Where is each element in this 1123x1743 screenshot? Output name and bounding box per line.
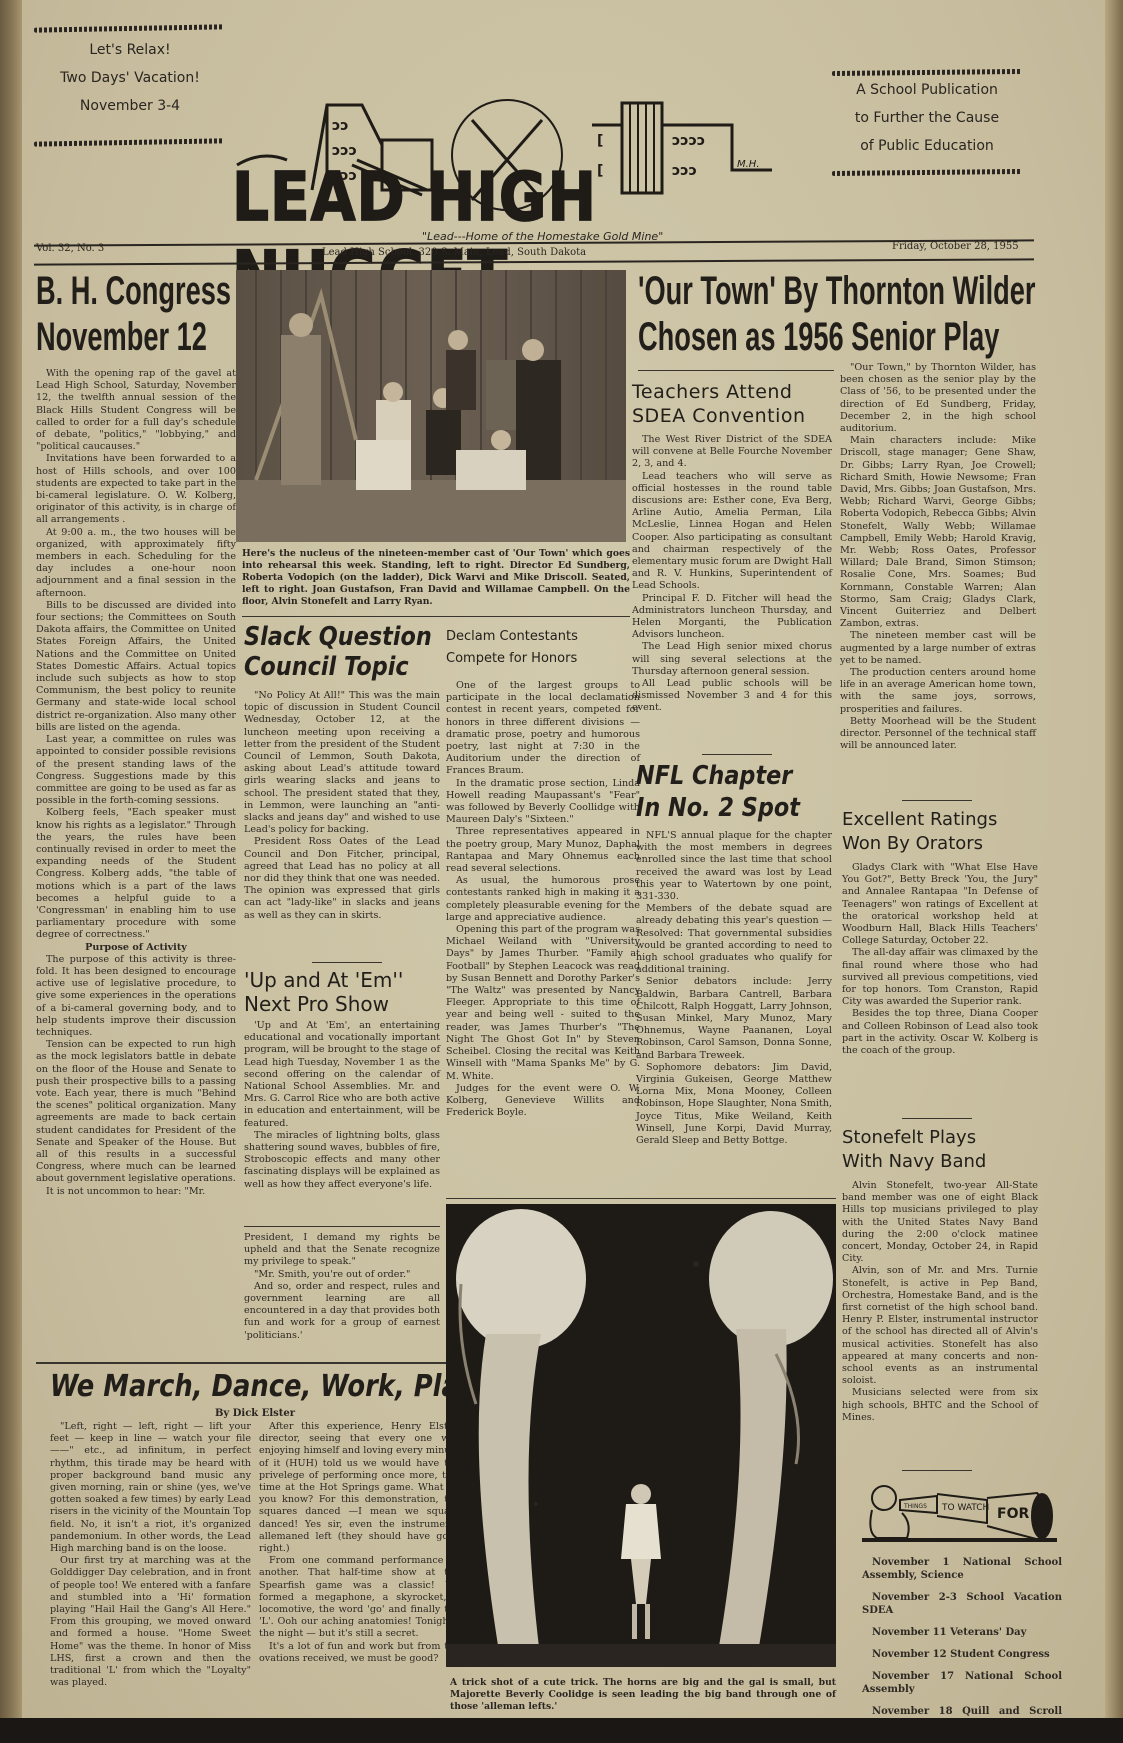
paragraph: Bills to be discussed are divided into f…: [36, 600, 236, 734]
nfl-body: NFL'S annual plaque for the chapter with…: [636, 830, 832, 1147]
paragraph: It's a lot of fun and work but from the …: [259, 1641, 460, 1665]
paragraph: One of the largest groups to participate…: [446, 680, 640, 778]
svg-text:ɔɔɔ: ɔɔɔ: [332, 143, 357, 159]
headline-declam-line1: Declam Contestants: [446, 626, 640, 648]
paragraph: Gladys Clark with "What Else Have You Go…: [842, 862, 1038, 947]
event-item: November 12 Student Congress: [862, 1648, 1062, 1661]
paragraph: The production centers around home life …: [840, 667, 1036, 716]
paragraph: Opening this part of the program was Mic…: [446, 924, 640, 1083]
paragraph: The all-day affair was climaxed by the f…: [842, 947, 1038, 1008]
paragraph: Betty Moorhead will be the Student direc…: [840, 716, 1036, 753]
headline-orators-line2: Won By Orators: [842, 832, 1038, 856]
headline-stonefelt-line1: Stonefelt Plays: [842, 1126, 1038, 1150]
paragraph: "Mr. Smith, you're out of order.": [244, 1269, 440, 1281]
cartoon-word: THINGS: [903, 1503, 927, 1510]
paragraph: Judges for the event were O. W. Kolberg,…: [446, 1083, 640, 1120]
cast-photo-caption: Here's the nucleus of the nineteen-membe…: [242, 548, 630, 608]
cartoon-word: FOR: [997, 1506, 1029, 1522]
paragraph: From one command performance to another.…: [259, 1555, 460, 1640]
svg-text:ɔɔ: ɔɔ: [332, 118, 349, 134]
divider: [902, 1470, 972, 1471]
paragraph: The nineteen member cast will be augment…: [840, 630, 1036, 667]
headline-nfl-line1: NFL Chapter: [636, 760, 805, 792]
paragraph: The West River District of the SDEA will…: [632, 434, 832, 471]
paragraph: Musicians selected were from six high sc…: [842, 1387, 1038, 1424]
paragraph: 'Up and At 'Em', an entertaining educati…: [244, 1020, 440, 1130]
paragraph: Kolberg feels, "Each speaker must know h…: [36, 807, 236, 941]
paragraph: Tension can be expected to run high as t…: [36, 1039, 236, 1185]
paragraph: "No Policy At All!" This was the main to…: [244, 690, 440, 836]
headline-ourtown-line1: 'Our Town' By Thornton Wilder: [638, 268, 910, 314]
left-ear-line: Let's Relax!: [40, 36, 220, 64]
headline-slack-line1: Slack Question: [244, 622, 413, 652]
paragraph: With the opening rap of the gavel at Lea…: [36, 368, 236, 453]
headline-orators-line1: Excellent Ratings: [842, 808, 1038, 832]
headline-congress-line1: B. H. Congress: [36, 268, 172, 314]
paragraph: "Left, right — left, right — lift your f…: [50, 1421, 251, 1555]
things-to-watch-list: November 1 National School Assembly, Sci…: [862, 1556, 1062, 1740]
congress-continuation: President, I demand my rights be upheld …: [244, 1232, 440, 1342]
band-photo-caption: A trick shot of a cute trick. The horns …: [450, 1677, 836, 1713]
paragraph: Three representatives appeared in the po…: [446, 826, 640, 875]
divider: [242, 616, 630, 617]
article-declam: Declam Contestants Compete for Honors On…: [446, 626, 640, 1119]
paragraph: Alvin, son of Mr. and Mrs. Turnie Stonef…: [842, 1265, 1038, 1387]
divider: [36, 1362, 446, 1364]
article-stonefelt: Stonefelt Plays With Navy Band Alvin Sto…: [842, 1126, 1038, 1424]
headline-sdea-line1: Teachers Attend: [632, 380, 832, 404]
paragraph: Members of the debate squad are already …: [636, 903, 832, 976]
paragraph: After this experience, Henry Elster, dir…: [259, 1421, 460, 1555]
declam-body: One of the largest groups to participate…: [446, 680, 640, 1119]
slack-body: "No Policy At All!" This was the main to…: [244, 690, 440, 922]
divider: [312, 962, 382, 963]
divider: [902, 1118, 972, 1119]
right-ear-line: of Public Education: [837, 132, 1017, 160]
left-ear-line: Two Days' Vacation!: [40, 64, 220, 92]
article-nfl: NFL Chapter In No. 2 Spot NFL'S annual p…: [636, 760, 832, 1147]
headline-our-town: 'Our Town' By Thornton Wilder Chosen as …: [638, 268, 1038, 360]
telescope-cartoon-icon: THINGS TO WATCH FOR: [862, 1478, 1062, 1548]
headline-slack-line2: Council Topic: [244, 652, 413, 682]
paragraph: Besides the top three, Diana Cooper and …: [842, 1008, 1038, 1057]
headline-march: We March, Dance, Work, Play!: [50, 1368, 403, 1406]
upandatem-body: 'Up and At 'Em', an entertaining educati…: [244, 1020, 440, 1191]
paragraph: Alvin Stonefelt, two-year All-State band…: [842, 1180, 1038, 1265]
headline-congress-line2: November 12: [36, 314, 172, 360]
issue-date: Friday, October 28, 1955: [892, 241, 1019, 252]
headline-upandatem-line1: 'Up and At 'Em'': [244, 968, 440, 992]
paragraph: Main characters include: Mike Driscoll, …: [840, 435, 1036, 630]
march-body: "Left, right — left, right — lift your f…: [50, 1421, 460, 1731]
paragraph: "Our Town," by Thornton Wilder, has been…: [840, 362, 1036, 435]
paragraph: As usual, the humorous prose contestants…: [446, 875, 640, 924]
stonefelt-body: Alvin Stonefelt, two-year All-State band…: [842, 1180, 1038, 1424]
event-item: November 17 National School Assembly: [862, 1670, 1062, 1696]
paragraph: President, I demand my rights be upheld …: [244, 1232, 440, 1269]
divider: [702, 754, 772, 755]
subhead-purpose: Purpose of Activity: [36, 942, 236, 954]
article-sdea: Teachers Attend SDEA Convention The West…: [632, 380, 832, 715]
left-ear-line: November 3-4: [40, 92, 220, 120]
headline-stonefelt-line2: With Navy Band: [842, 1150, 1038, 1174]
paragraph: Lead teachers who will serve as official…: [632, 471, 832, 593]
paragraph: In the dramatic prose section, Linda How…: [446, 778, 640, 827]
right-ear-line: A School Publication: [837, 76, 1017, 104]
ear-divider-bottom-left: [34, 138, 224, 146]
paragraph: Sophomore debators: Jim David, Virginia …: [636, 1062, 832, 1147]
paragraph: At 9:00 a. m., the two houses will be or…: [36, 527, 236, 600]
article-slack-question: Slack Question Council Topic "No Policy …: [244, 622, 440, 922]
book-binding-left: [0, 0, 22, 1743]
volume-number: Vol. 32, No. 3: [36, 243, 104, 254]
headline-sdea-line2: SDEA Convention: [632, 404, 832, 428]
paragraph: Principal F. D. Fitcher will head the Ad…: [632, 593, 832, 642]
headline-declam-line2: Compete for Honors: [446, 648, 640, 670]
paragraph: Our first try at marching was at the Gol…: [50, 1555, 251, 1689]
paragraph: The Lead High senior mixed chorus will s…: [632, 641, 832, 678]
event-item: November 11 Veterans' Day: [862, 1626, 1062, 1639]
paragraph: The purpose of this activity is three-fo…: [36, 954, 236, 1039]
paragraph: Senior debators include: Jerry Baldwin, …: [636, 976, 832, 1061]
divider: [638, 370, 834, 371]
headline-nfl-line2: In No. 2 Spot: [636, 792, 805, 824]
cartoon-word: TO WATCH: [941, 1503, 989, 1513]
event-item: November 1 National School Assembly, Sci…: [862, 1556, 1062, 1582]
ear-divider-top-right: [832, 69, 1022, 76]
paragraph: It is not uncommon to hear: "Mr.: [36, 1186, 236, 1198]
paragraph: Invitations have been forwarded to a hos…: [36, 453, 236, 526]
sdea-body: The West River District of the SDEA will…: [632, 434, 832, 715]
divider: [244, 1226, 440, 1227]
majorette-band-photo: [446, 1204, 836, 1667]
right-ear-line: to Further the Cause: [837, 104, 1017, 132]
byline: By Dick Elster: [50, 1408, 460, 1419]
left-ear: Let's Relax! Two Days' Vacation! Novembe…: [40, 36, 220, 120]
article-up-and-at-em: 'Up and At 'Em'' Next Pro Show 'Up and A…: [244, 968, 440, 1191]
paragraph: President Ross Oates of the Lead Council…: [244, 836, 440, 921]
orators-body: Gladys Clark with "What Else Have You Go…: [842, 862, 1038, 1057]
divider: [446, 1198, 836, 1199]
page-bottom-edge: [0, 1718, 1123, 1743]
ear-divider-top-left: [34, 24, 224, 32]
paragraph: Last year, a committee on rules was appo…: [36, 734, 236, 807]
our-town-body: "Our Town," by Thornton Wilder, has been…: [840, 362, 1036, 753]
paragraph: All Lead public schools will be dismisse…: [632, 678, 832, 715]
svg-text:ɔɔɔɔ: ɔɔɔɔ: [672, 133, 705, 149]
paragraph: NFL'S annual plaque for the chapter with…: [636, 830, 832, 903]
paragraph: The miracles of lightning bolts, glass s…: [244, 1130, 440, 1191]
article-congress: B. H. Congress November 12 With the open…: [36, 268, 236, 1198]
article-march: We March, Dance, Work, Play! By Dick Els…: [50, 1368, 460, 1731]
newspaper-page: Let's Relax! Two Days' Vacation! Novembe…: [22, 0, 1105, 1728]
congress-body: With the opening rap of the gavel at Lea…: [36, 368, 236, 1198]
divider: [902, 800, 972, 801]
svg-text:[: [: [597, 133, 603, 149]
book-binding-right: [1105, 0, 1123, 1743]
headline-upandatem-line2: Next Pro Show: [244, 992, 440, 1016]
right-ear: A School Publication to Further the Caus…: [837, 76, 1017, 160]
school-address: Lead High School, 320 S. Main, Lead, Sou…: [322, 247, 586, 258]
headline-ourtown-line2: Chosen as 1956 Senior Play: [638, 314, 910, 360]
paragraph: And so, order and respect, rules and gov…: [244, 1281, 440, 1342]
event-item: November 2-3 School Vacation SDEA: [862, 1591, 1062, 1617]
article-orators: Excellent Ratings Won By Orators Gladys …: [842, 808, 1038, 1057]
our-town-cast-photo: [236, 270, 626, 542]
